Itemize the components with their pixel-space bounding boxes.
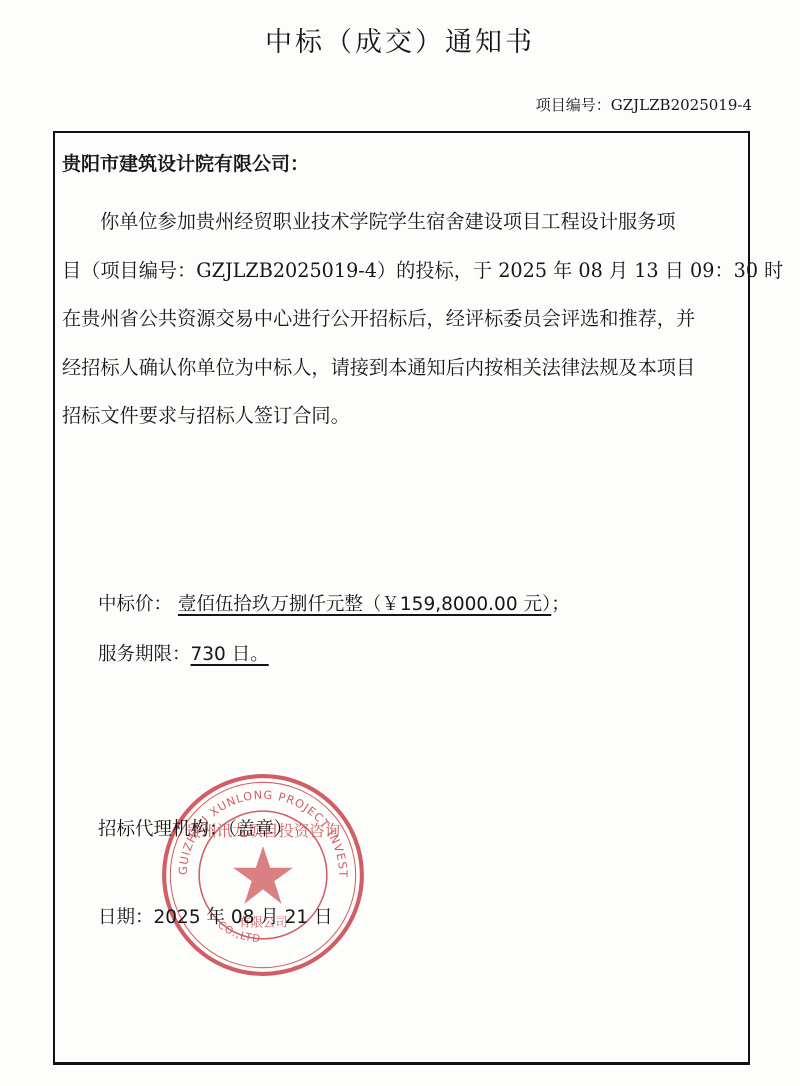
company-seal-icon: GUIZHOU XUNLONG PROJECT INVESTMENT CONSU… — [160, 772, 366, 978]
winning-price-label: 中标价： — [98, 594, 172, 615]
body-line: 经招标人确认你单位为中标人，请接到本通知后内按相关法律法规及本项目 — [62, 344, 752, 393]
winning-price-value: 壹佰伍拾玖万捌仟元整（￥159,8000.00 元） — [178, 594, 551, 615]
addressee: 贵阳市建筑设计院有限公司： — [62, 149, 309, 176]
body-line: 你单位参加贵州经贸职业技术学院学生宿舍建设项目工程设计服务项 — [62, 198, 752, 247]
body-line: 目（项目编号：GZJLZB2025019-4）的投标，于 2025 年 08 月… — [62, 247, 752, 296]
document-title: 中标（成交）通知书 — [0, 20, 800, 59]
issue-date-label: 日期： — [98, 907, 154, 928]
body-line: 招标文件要求与招标人签订合同。 — [62, 392, 752, 441]
agency-label: 招标代理机构：（盖章） — [98, 815, 292, 841]
body-line: 在贵州省公共资源交易中心进行公开招标后，经评标委员会评选和推荐，并 — [62, 295, 752, 344]
project-number-value: GZJLZB2025019-4 — [611, 96, 752, 114]
project-number-label: 项目编号： — [536, 96, 611, 114]
service-period-label: 服务期限： — [98, 644, 191, 665]
winning-price: 中标价： 壹佰伍拾玖万捌仟元整（￥159,8000.00 元）； — [98, 590, 570, 616]
issue-date: 日期：2025 年 08 月 21 日 — [98, 903, 333, 929]
issue-date-value: 2025 年 08 月 21 日 — [154, 907, 333, 928]
winning-price-suffix: ； — [551, 594, 570, 615]
notice-body: 你单位参加贵州经贸职业技术学院学生宿舍建设项目工程设计服务项 目（项目编号：GZ… — [62, 198, 752, 441]
service-period: 服务期限：730 日。 — [98, 640, 269, 666]
project-number: 项目编号：GZJLZB2025019-4 — [536, 94, 752, 115]
service-period-value: 730 日。 — [191, 644, 269, 665]
